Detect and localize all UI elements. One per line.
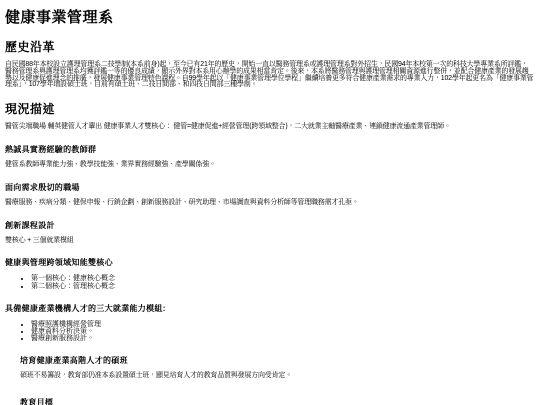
dual-core-list: 第一個核心：健康核心概念 第二個核心：管理核心概念 (5, 275, 534, 289)
section-heading-history: 歷史沿革 (5, 38, 534, 55)
teachers-paragraph: 健管系教師專業能力強、教學技能強、業界實務經驗強、產學關係強。 (5, 162, 534, 169)
status-intro-paragraph: 醫管尖端職場 輔英健管人才輩出 健康事業人才雙核心： 健管=健康促進+經營管理(… (5, 124, 534, 131)
sub-heading-curriculum: 創新課程設計 (5, 220, 534, 231)
market-paragraph: 醫療服務、疾病分類、健保申報、行銷企劃、創新服務設計、研究助理、市場調查與資料分… (5, 200, 534, 207)
sub-heading-master: 培育健康產業高階人才的碩班 (20, 355, 534, 366)
modules-list: 醫療照護機構經營管理 健康資料分析決策。 醫療創新服務設計。 (5, 321, 534, 343)
list-item: 醫療創新服務設計。 (31, 335, 534, 342)
sub-heading-goals: 教育目標 (20, 397, 534, 405)
master-paragraph: 碩班不易籌設，教育部仍准本系設置碩士班，顯見培育人才的教育品質與發展方向受肯定。 (20, 373, 534, 380)
indented-block: 培育健康產業高階人才的碩班 碩班不易籌設，教育部仍准本系設置碩士班，顯見培育人才… (20, 355, 534, 405)
section-heading-status: 現況描述 (5, 100, 534, 117)
list-item: 第一個核心：健康核心概念 (31, 275, 534, 282)
list-item: 第二個核心：管理核心概念 (31, 283, 534, 290)
document-page: 健康事業管理系 歷史沿革 自民國88年本校設立護理管理系二技學制(本系前身)起，… (0, 0, 540, 405)
list-item: 健康資料分析決策。 (31, 328, 534, 335)
curriculum-paragraph: 雙核心 + 三個就業模組 (5, 238, 534, 245)
sub-heading-market: 面向需求殷切的職場 (5, 182, 534, 193)
page-title: 健康事業管理系 (5, 6, 534, 27)
sub-heading-teachers: 熱誠具實務經驗的教師群 (5, 144, 534, 155)
history-paragraph: 自民國88年本校設立護理管理系二技學制(本系前身)起，至今已有21年的歷史，開始… (5, 62, 534, 89)
sub-heading-dual-core: 健康與管理跨領域知能雙核心 (5, 257, 534, 268)
sub-heading-modules: 具備健康產業機構人才的三大就業能力模組: (5, 303, 534, 314)
list-item: 醫療照護機構經營管理 (31, 321, 534, 328)
